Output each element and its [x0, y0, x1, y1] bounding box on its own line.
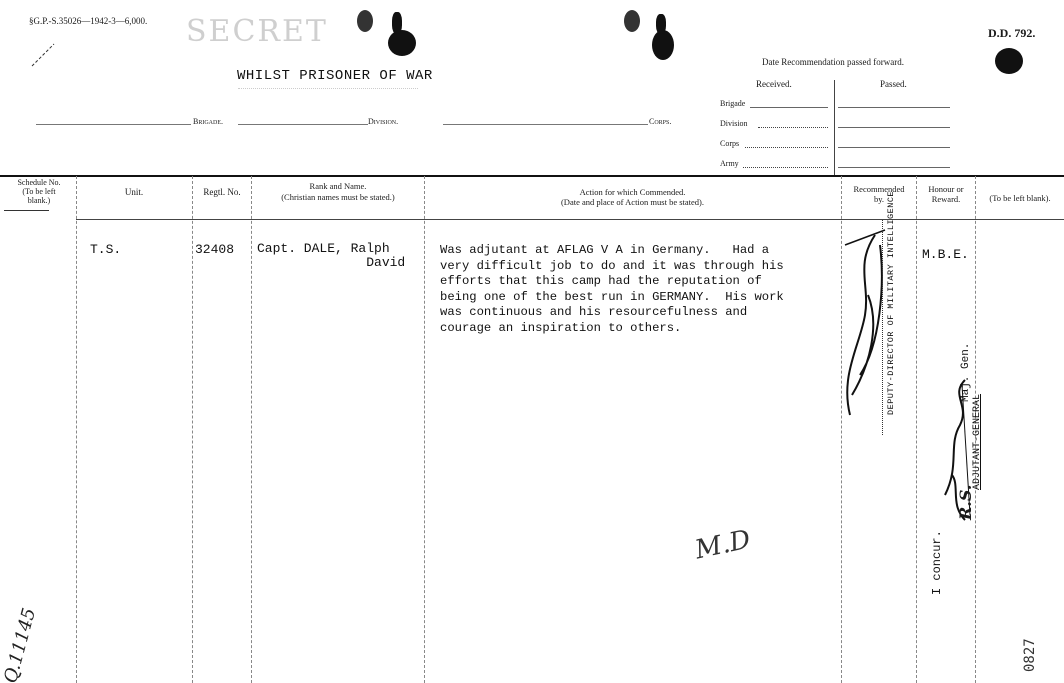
header-blank: (To be left blank).: [976, 193, 1064, 203]
form-number: D.D. 792.: [988, 26, 1035, 41]
page-title: WHILST PRISONER OF WAR: [237, 68, 433, 84]
forward-row-army: Army: [720, 159, 739, 168]
faint-secret-stamp: SECRET: [186, 14, 328, 49]
ink-blot: [357, 10, 373, 32]
forward-box-title: Date Recommendation passed forward.: [762, 57, 904, 67]
cell-action: Was adjutant at AFLAG V A in Germany. Ha…: [440, 243, 784, 336]
corps-label: Corps.: [649, 117, 671, 126]
header-schedule: Schedule No. (To be left blank.): [4, 178, 74, 205]
ink-blot: [392, 12, 402, 34]
header-action: Action for which Commended. (Date and pl…: [425, 187, 840, 207]
forward-row-division: Division: [720, 119, 748, 128]
ink-blot: [624, 10, 640, 32]
header-honour: Honour or Reward.: [917, 184, 975, 204]
print-code: §G.P.-S.35026—1942-3—6,000.: [29, 16, 147, 26]
division-label: Division.: [368, 117, 398, 126]
cell-honour: M.B.E.: [922, 247, 969, 262]
handwritten-md: M.D: [692, 525, 753, 566]
forward-row-corps: Corps: [720, 139, 739, 148]
cell-rank-name: Capt. DALE, Ralph David: [257, 242, 405, 270]
pen-mark: [30, 42, 60, 72]
cell-regtl-no: 32408: [195, 242, 234, 257]
ink-blot: [656, 14, 666, 34]
brigade-label: Brigade.: [193, 117, 223, 126]
header-rank-name: Rank and Name. (Christian names must be …: [252, 181, 424, 203]
ink-blot: [388, 30, 416, 56]
cell-unit: T.S.: [90, 242, 121, 257]
passed-header: Passed.: [880, 79, 907, 89]
header-recommended-by: Recommended by.: [842, 184, 916, 204]
header-unit: Unit.: [78, 187, 190, 197]
ink-blot: [652, 30, 674, 60]
ink-blot: [995, 48, 1023, 74]
forward-row-brigade: Brigade: [720, 99, 745, 108]
received-header: Received.: [756, 79, 792, 89]
header-regtl-no: Regtl. No.: [193, 187, 251, 197]
